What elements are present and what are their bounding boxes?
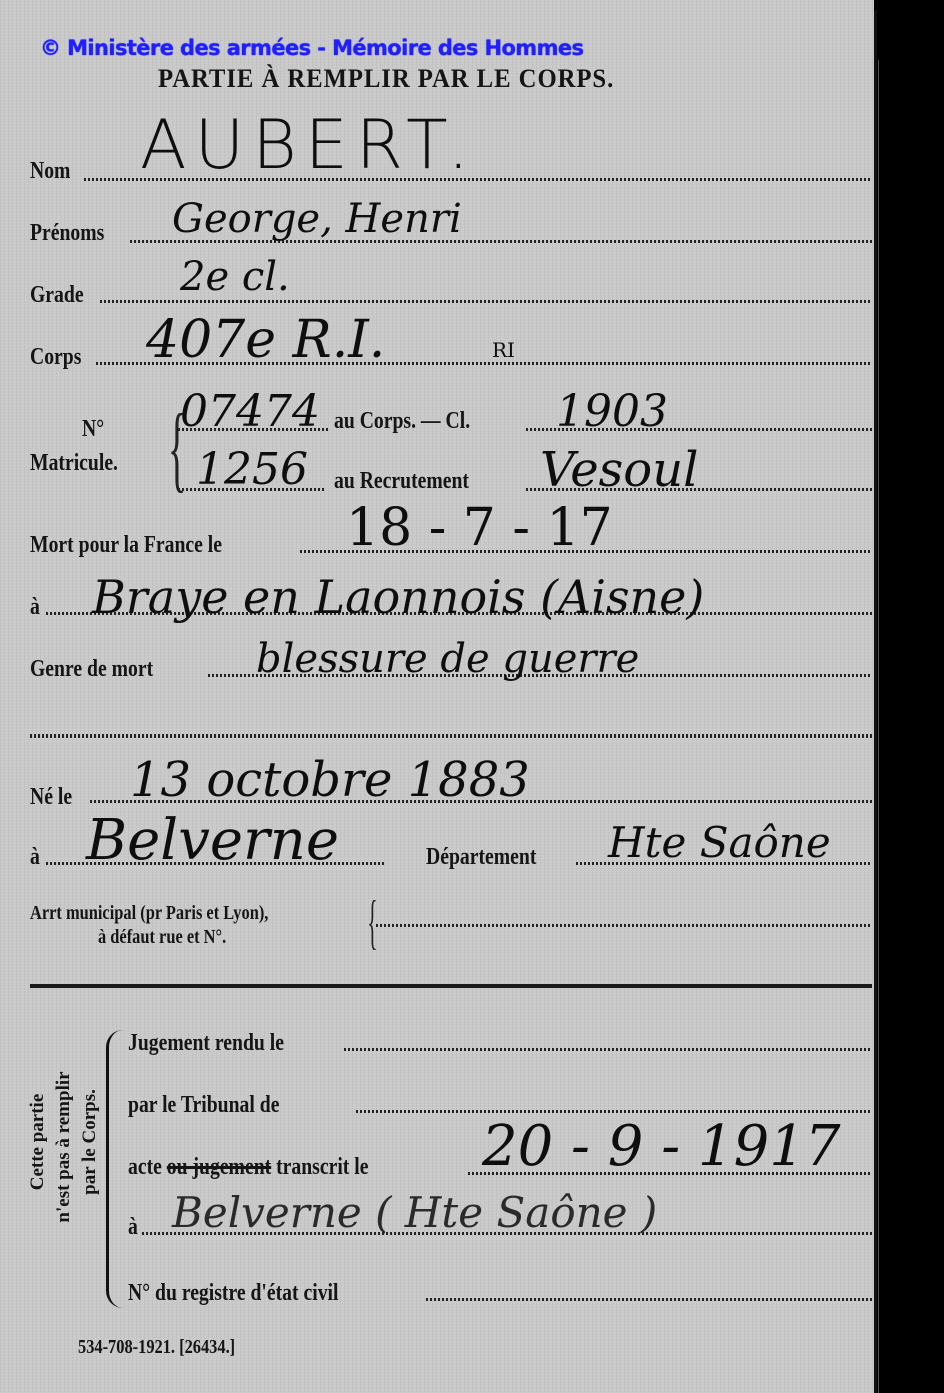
grade-label: Grade xyxy=(30,282,84,309)
nom-label: Nom xyxy=(30,158,70,185)
arrondissement-label-line1: Arrt municipal (pr Paris et Lyon), xyxy=(30,902,268,925)
matricule-recrutement-number: 1256 xyxy=(196,444,308,495)
corps-value: 407e R.I. xyxy=(146,310,385,370)
copyright-watermark: © Ministère des armées - Mémoire des Hom… xyxy=(40,36,583,60)
print-reference: 534-708-1921. [26434.] xyxy=(78,1336,235,1359)
tribunal-line xyxy=(356,1110,872,1113)
corps-annotation: RI xyxy=(492,338,515,362)
section-divider xyxy=(30,984,872,988)
prenoms-label: Prénoms xyxy=(30,220,104,247)
form-title: PARTIE À REMPLIR PAR LE CORPS. xyxy=(158,64,614,94)
grade-line xyxy=(100,300,872,303)
registre-label: N° du registre d'état civil xyxy=(128,1280,338,1307)
ne-le-label: Né le xyxy=(30,784,72,811)
transcrit-label: acte ou jugement transcrit le xyxy=(128,1154,368,1181)
side-note-line3: par le Corps. xyxy=(80,1062,99,1222)
tribunal-label: par le Tribunal de xyxy=(128,1092,279,1119)
departement-label: Département xyxy=(426,844,536,871)
grade-value: 2e cl. xyxy=(180,254,290,300)
transcrit-label-prefix: acte xyxy=(128,1154,162,1180)
departement-value: Hte Saône xyxy=(608,818,831,867)
classe-value: 1903 xyxy=(556,386,668,437)
transcrit-a-label: à xyxy=(128,1214,138,1241)
side-note-line1: Cette partie xyxy=(28,1052,47,1232)
transcrit-label-struck: ou jugement xyxy=(167,1154,271,1180)
scan-edge-inner xyxy=(878,60,879,1393)
matricule-label: Matricule. xyxy=(30,450,118,477)
jugement-rendu-line xyxy=(344,1048,872,1051)
death-record-card: © Ministère des armées - Mémoire des Hom… xyxy=(0,0,874,1393)
mort-le-label: Mort pour la France le xyxy=(30,532,222,559)
mort-a-value: Braye en Laonnois (Aisne) xyxy=(92,570,704,624)
arrondissement-line xyxy=(376,924,872,927)
lower-section-brace xyxy=(106,1030,123,1308)
corps-label: Corps xyxy=(30,344,81,371)
matricule-label-no: N° xyxy=(82,416,104,443)
genre-de-mort-value: blessure de guerre xyxy=(256,636,639,682)
transcrit-label-suffix: transcrit le xyxy=(276,1154,368,1180)
au-recrutement-label: au Recrutement xyxy=(334,468,469,495)
ne-a-value: Belverne xyxy=(86,808,339,873)
genre-de-mort-label: Genre de mort xyxy=(30,656,153,683)
ne-le-value: 13 octobre 1883 xyxy=(130,752,530,808)
blank-line xyxy=(30,734,872,738)
mort-le-value: 18 - 7 - 17 xyxy=(346,498,613,558)
nom-value: AUBERT. xyxy=(140,106,477,185)
registre-line xyxy=(426,1298,872,1301)
transcrit-value: 20 - 9 - 1917 xyxy=(482,1114,840,1179)
mort-a-label: à xyxy=(30,594,40,621)
jugement-rendu-label: Jugement rendu le xyxy=(128,1030,284,1057)
arrondissement-brace: } xyxy=(367,892,377,952)
recrutement-value: Vesoul xyxy=(540,442,698,498)
matricule-corps-number: 07474 xyxy=(180,386,320,437)
scan-edge xyxy=(874,10,877,1393)
transcrit-a-value: Belverne ( Hte Saône ) xyxy=(172,1188,657,1237)
prenoms-value: George, Henri xyxy=(172,196,462,242)
arrondissement-label-line2: à défaut rue et N°. xyxy=(98,926,226,949)
au-corps-classe-label: au Corps. — Cl. xyxy=(334,408,470,435)
side-note-line2: n'est pas à remplir xyxy=(54,1032,73,1262)
ne-a-label: à xyxy=(30,844,40,871)
